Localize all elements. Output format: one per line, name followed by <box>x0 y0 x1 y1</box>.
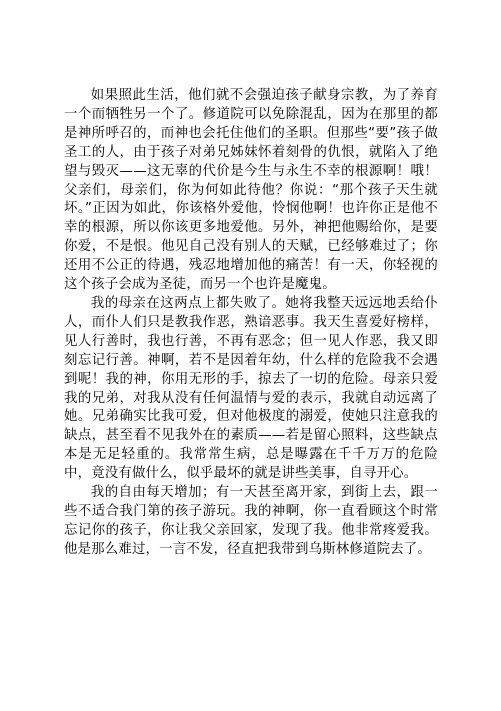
paragraph-3: 我的自由每天增加；有一天甚至离开家，到街上去，跟一些不适合我门第的孩子游玩。我的… <box>64 484 438 560</box>
paragraph-2: 我的母亲在这两点上都失败了。她将我整天远远地丢给仆人，而仆人们只是教我作恶，熟谙… <box>64 295 438 484</box>
paragraph-1: 如果照此生活，他们就不会强迫孩子献身宗教，为了养育一个而牺牲另一个了。修道院可以… <box>64 87 438 295</box>
document-page: 如果照此生活，他们就不会强迫孩子献身宗教，为了养育一个而牺牲另一个了。修道院可以… <box>64 87 438 560</box>
